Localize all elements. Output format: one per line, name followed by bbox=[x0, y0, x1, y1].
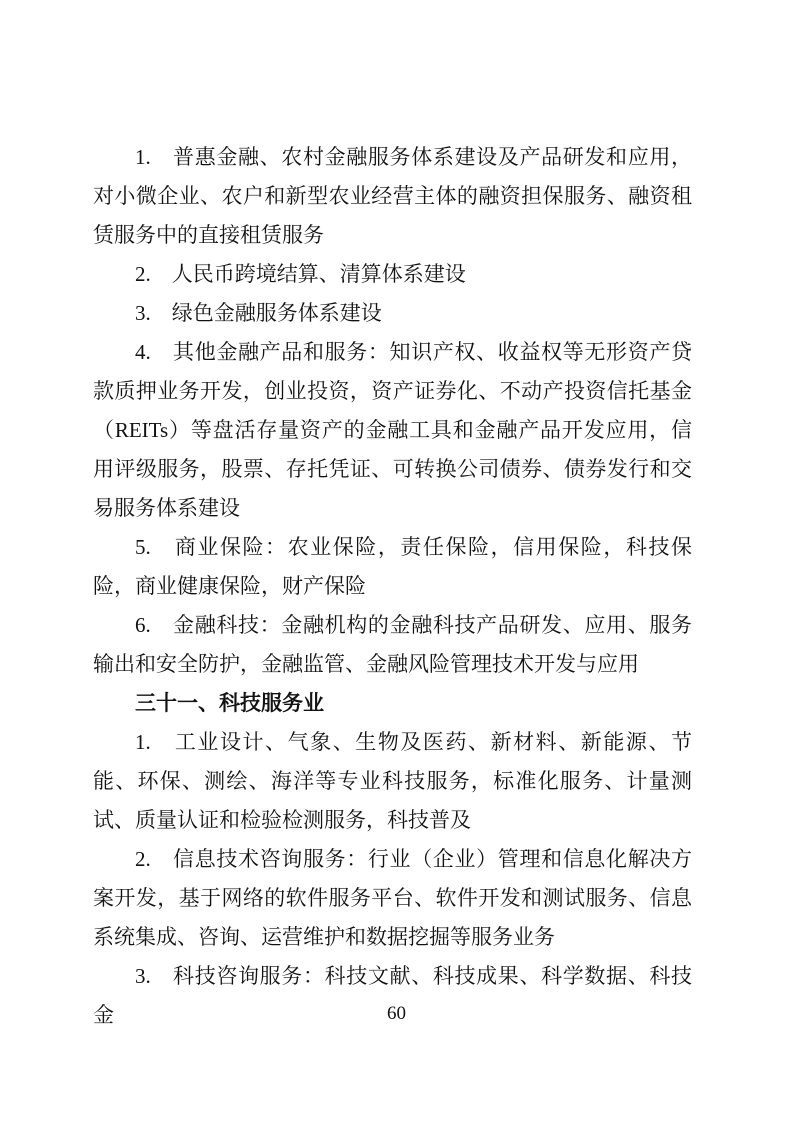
page-footer: 60 bbox=[0, 1001, 793, 1027]
paragraph-finance-item-6: 6. 金融科技：金融机构的金融科技产品研发、应用、服务输出和安全防护，金融监管、… bbox=[93, 606, 692, 684]
paragraph-finance-item-5: 5. 商业保险：农业保险，责任保险，信用保险，科技保险，商业健康保险，财产保险 bbox=[93, 528, 692, 606]
document-page: 1. 普惠金融、农村金融服务体系建设及产品研发和应用，对小微企业、农户和新型农业… bbox=[0, 0, 793, 1122]
paragraph-finance-item-1: 1. 普惠金融、农村金融服务体系建设及产品研发和应用，对小微企业、农户和新型农业… bbox=[93, 138, 692, 255]
paragraph-tech-item-1: 1. 工业设计、气象、生物及医药、新材料、新能源、节能、环保、测绘、海洋等专业科… bbox=[93, 723, 692, 840]
paragraph-tech-item-2: 2. 信息技术咨询服务：行业（企业）管理和信息化解决方案开发，基于网络的软件服务… bbox=[93, 840, 692, 957]
paragraph-finance-item-2: 2. 人民币跨境结算、清算体系建设 bbox=[93, 255, 692, 294]
paragraph-finance-item-4: 4. 其他金融产品和服务：知识产权、收益权等无形资产贷款质押业务开发，创业投资，… bbox=[93, 333, 692, 528]
page-number: 60 bbox=[387, 1003, 406, 1024]
document-body: 1. 普惠金融、农村金融服务体系建设及产品研发和应用，对小微企业、农户和新型农业… bbox=[93, 138, 692, 1035]
section-heading-tech-services: 三十一、科技服务业 bbox=[93, 684, 692, 723]
paragraph-finance-item-3: 3. 绿色金融服务体系建设 bbox=[93, 294, 692, 333]
